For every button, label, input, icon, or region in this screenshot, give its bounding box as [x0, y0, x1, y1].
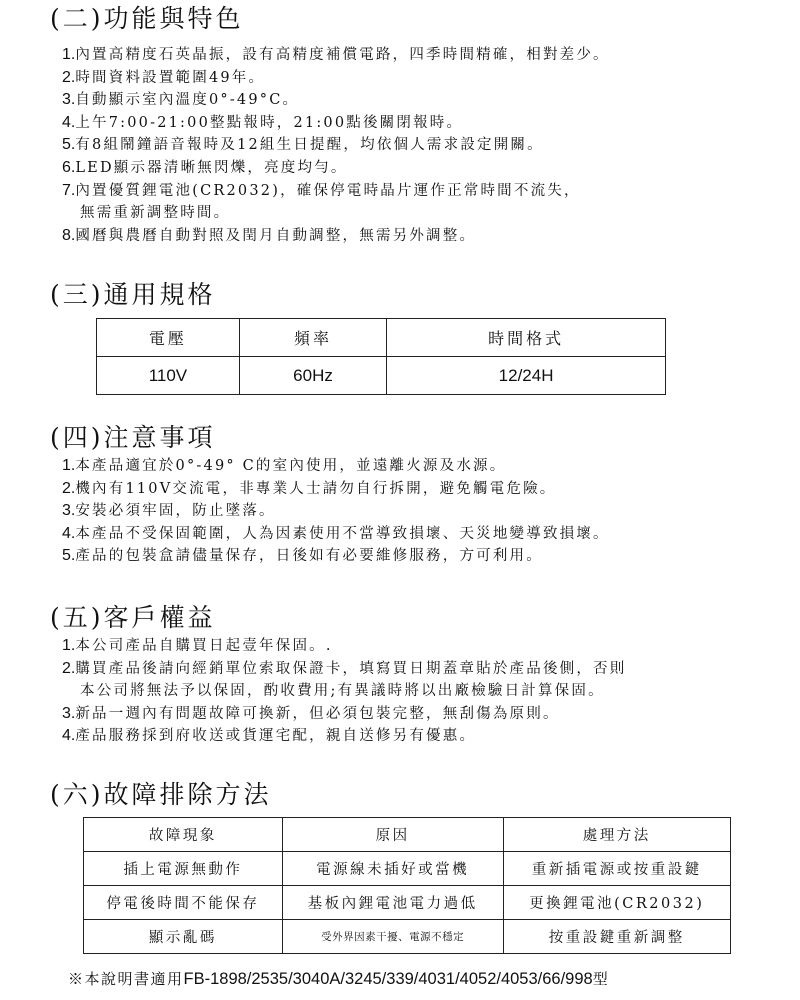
- list-item: 2.機內有110V交流電，非專業人士請勿自行拆開，避免觸電危險。: [62, 478, 610, 501]
- list-item: 2.購買產品後請向經銷單位索取保證卡，填寫買日期蓋章貼於產品後側，否則本公司將無…: [62, 658, 626, 703]
- list-item: 8.國曆與農曆自動對照及閏月自動調整，無需另外調整。: [62, 225, 610, 248]
- footer-suffix: 型: [593, 970, 610, 988]
- list-item: 1.本產品適宜於0°-49° C的室內使用，並遠離火源及水源。: [62, 455, 610, 478]
- list-item: 2.時間資料設置範圍49年。: [62, 67, 610, 90]
- table-header-cell: 處理方法: [503, 818, 731, 852]
- list-item: 3.新品一週內有問題故障可換新，但必須包裝完整，無刮傷為原則。: [62, 703, 626, 726]
- table-row: 停電後時間不能保存 基板內鋰電池電力過低 更換鋰電池(CR2032): [84, 886, 731, 920]
- model-list: FB-1898/2535/3040A/3245/339/4031/4052/40…: [184, 970, 593, 988]
- list-item: 3.安裝必須牢固，防止墜落。: [62, 500, 610, 523]
- table-cell: 按重設鍵重新調整: [503, 920, 731, 954]
- table-cell: 基板內鋰電池電力過低: [282, 886, 503, 920]
- table-row: 顯示亂碼 受外界因素干擾、電源不穩定 按重設鍵重新調整: [84, 920, 731, 954]
- table-cell: 停電後時間不能保存: [84, 886, 283, 920]
- table-row: 110V 60Hz 12/24H: [97, 357, 666, 395]
- table-header-row: 電壓 頻率 時間格式: [97, 319, 666, 357]
- table-cell: 電源線未插好或當機: [282, 852, 503, 886]
- table-cell: 顯示亂碼: [84, 920, 283, 954]
- table-header-cell: 故障現象: [84, 818, 283, 852]
- table-header-cell: 原因: [282, 818, 503, 852]
- section-heading-features: (二)功能與特色: [50, 4, 244, 34]
- section-heading-troubleshooting: (六)故障排除方法: [50, 780, 272, 810]
- table-row: 插上電源無動作 電源線未插好或當機 重新插電源或按重設鍵: [84, 852, 731, 886]
- table-cell: 60Hz: [239, 357, 386, 395]
- section-heading-notes: (四)注意事項: [50, 423, 216, 453]
- rights-list: 1.本公司產品自購買日起壹年保固。. 2.購買產品後請向經銷單位索取保證卡，填寫…: [62, 635, 626, 748]
- table-header-row: 故障現象 原因 處理方法: [84, 818, 731, 852]
- notes-list: 1.本產品適宜於0°-49° C的室內使用，並遠離火源及水源。 2.機內有110…: [62, 455, 610, 568]
- spec-table: 電壓 頻率 時間格式 110V 60Hz 12/24H: [96, 318, 666, 395]
- table-cell: 插上電源無動作: [84, 852, 283, 886]
- list-item: 1.內置高精度石英晶振，設有高精度補償電路，四季時間精確，相對差少。: [62, 44, 610, 67]
- list-item: 1.本公司產品自購買日起壹年保固。.: [62, 635, 626, 658]
- table-header-cell: 電壓: [97, 319, 240, 357]
- table-cell: 受外界因素干擾、電源不穩定: [282, 920, 503, 954]
- list-item: 4.本產品不受保固範圍，人為因素使用不當導致損壞、天災地變導致損壞。: [62, 523, 610, 546]
- table-cell: 110V: [97, 357, 240, 395]
- features-list: 1.內置高精度石英晶振，設有高精度補償電路，四季時間精確，相對差少。 2.時間資…: [62, 44, 610, 247]
- section-heading-rights: (五)客戶權益: [50, 603, 216, 633]
- table-header-cell: 時間格式: [387, 319, 666, 357]
- list-item: 5.有8組鬧鐘語音報時及12組生日提醒，均依個人需求設定開關。: [62, 134, 610, 157]
- list-item: 5.產品的包裝盒請儘量保存，日後如有必要維修服務，方可利用。: [62, 545, 610, 568]
- footer-prefix: ※本說明書適用: [68, 970, 184, 988]
- table-cell: 更換鋰電池(CR2032): [503, 886, 731, 920]
- applicable-models-note: ※本說明書適用FB-1898/2535/3040A/3245/339/4031/…: [68, 968, 609, 989]
- table-header-cell: 頻率: [239, 319, 386, 357]
- table-cell: 12/24H: [387, 357, 666, 395]
- list-item: 7.內置優質鋰電池(CR2032)，確保停電時晶片運作正常時間不流失，無需重新調…: [62, 180, 610, 225]
- section-heading-specs: (三)通用規格: [50, 280, 216, 310]
- troubleshooting-table: 故障現象 原因 處理方法 插上電源無動作 電源線未插好或當機 重新插電源或按重設…: [83, 817, 731, 954]
- table-cell: 重新插電源或按重設鍵: [503, 852, 731, 886]
- list-item: 4.上午7:00-21:00整點報時，21:00點後關閉報時。: [62, 112, 610, 135]
- list-item: 6.LED顯示器清晰無閃爍，亮度均勻。: [62, 157, 610, 180]
- list-item: 4.產品服務採到府收送或貨運宅配，親自送修另有優惠。: [62, 725, 626, 748]
- list-item: 3.自動顯示室內溫度0°-49°C。: [62, 89, 610, 112]
